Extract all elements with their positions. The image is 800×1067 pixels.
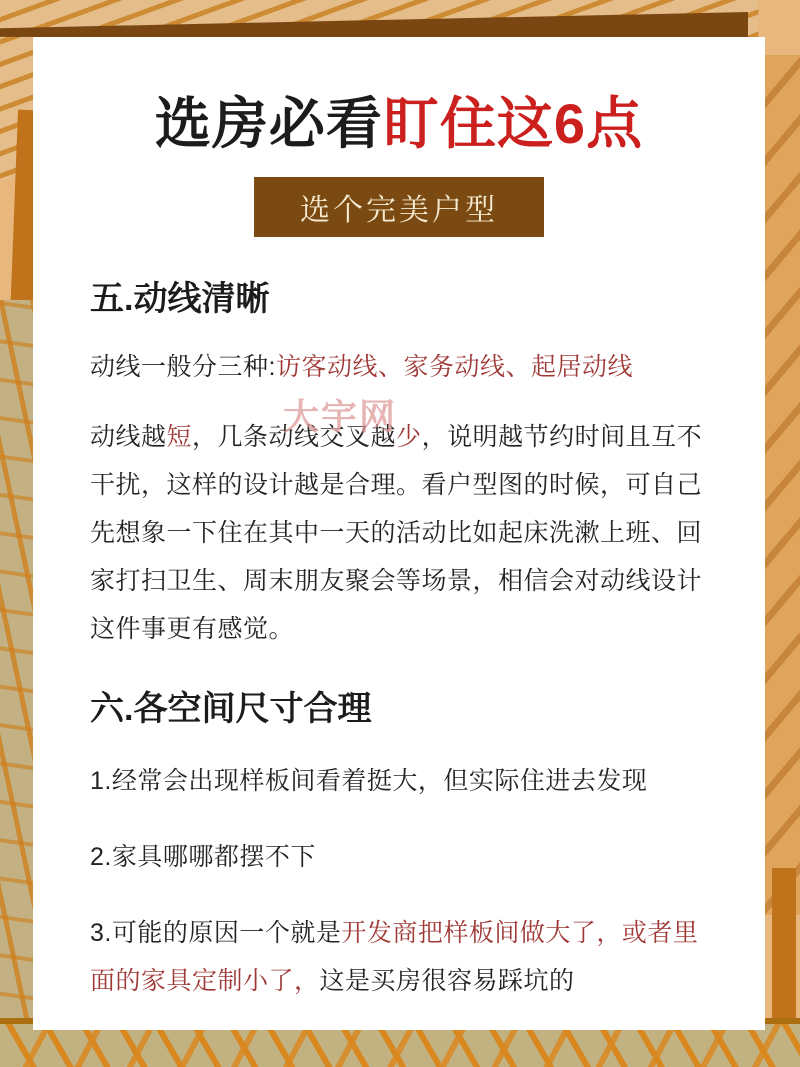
section-6-item-2: 2.家具哪哪都摆不下 <box>90 833 711 881</box>
section-5-intro: 动线一般分三种:访客动线、家务动线、起居动线 <box>90 349 711 385</box>
section-6-item-3: 3.可能的原因一个就是开发商把样板间做大了，或者里面的家具定制小了，这是买房很容… <box>90 909 711 1005</box>
section-6-heading: 六.各空间尺寸合理 <box>90 689 711 729</box>
infographic-page: { "colors": { "bgBase": "#e7b77e", "stri… <box>0 0 800 1067</box>
page-title: 选房必看盯住这6点 <box>33 85 765 163</box>
content-card: 选房必看盯住这6点 选个完美户型 五.动线清晰 动线一般分三种:访客动线、家务动… <box>33 37 765 1030</box>
section-5-paragraph: 动线越短，几条动线交叉越少，说明越节约时间且互不干扰，这样的设计越是合理。看户型… <box>90 413 711 653</box>
page-title-red-part: 盯住这6点 <box>383 92 643 155</box>
section-5-heading: 五.动线清晰 <box>90 279 711 319</box>
article-body: 五.动线清晰 动线一般分三种:访客动线、家务动线、起居动线 动线越短，几条动线交… <box>33 279 765 1005</box>
section-6-item-1: 1.经常会出现样板间看着挺大，但实际住进去发现 <box>90 757 711 805</box>
page-title-black-part: 选房必看 <box>155 92 383 155</box>
background-right-stripes <box>762 55 800 915</box>
subtitle-banner: 选个完美户型 <box>254 177 544 237</box>
background-right-orange-strip <box>772 868 796 1018</box>
